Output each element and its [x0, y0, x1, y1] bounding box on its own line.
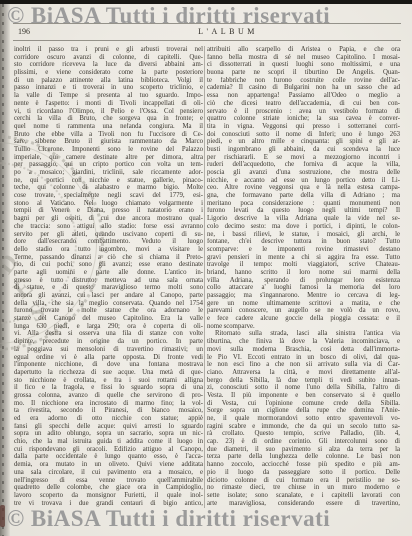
- text-line: pio il luogo da passeggiare sotto il por…: [207, 469, 400, 477]
- text-line: Tullio Cicerone. Imponenti sono le rovin…: [14, 146, 203, 154]
- text-line: fansi gli specchi delle acque: quivi arr…: [14, 423, 203, 431]
- text-line: servato è il proscenio : avea un vestibo…: [207, 108, 400, 116]
- text-line: te fabbriche non furono costruite colle …: [207, 77, 400, 85]
- text-line: fanno bella mostra di sé nel museo Capit…: [207, 54, 400, 62]
- text-line: ceo. Altre rovine veggonsi qua e là nell…: [207, 184, 400, 192]
- text-line: due diametri, il suo pavimento si alza d…: [207, 446, 400, 454]
- text-line: che traccia: sono attigui allo stadio: f…: [14, 223, 203, 231]
- text-line: ragini scabre e immonde, che da qui un s…: [207, 423, 400, 431]
- text-line: il fico e la fragola, e fissi lo sguardo…: [14, 384, 203, 392]
- text-line: inoltri il passo tra i pruni e gli arbus…: [14, 46, 203, 54]
- page-number: 196: [18, 27, 30, 36]
- text-line: sto nicchione è crollata, e fra i suoi r…: [14, 377, 203, 385]
- text-line: busti ingombrano gli abbaini, da cui sce…: [207, 146, 400, 154]
- text-line: dalla parte occidentale è lungo quanto e…: [14, 453, 203, 461]
- text-line: le Pio VI. Eccoti entrato in un bosco di…: [207, 354, 400, 362]
- text-line: sto corridore riceveva la luce da divers…: [14, 61, 203, 69]
- text-line: ne, il quale mormorandovi sotto entro sp…: [207, 415, 400, 423]
- text-line: Terme, passando dinanzi a ciò che si chi…: [14, 254, 203, 262]
- text-line: scomparve: e le imponenti rovine rimaste…: [207, 246, 400, 254]
- text-line: Bruto che ebbe villa a Tivoli non fu l'u…: [14, 131, 203, 139]
- text-line: lunga 630 piedi, e larga 290; ora è cope…: [14, 323, 203, 331]
- text-line: teche, qui colonne di alabastro e marmo …: [14, 184, 203, 192]
- text-line: stono al Vaticano. Nel luogo chiamato vo…: [14, 200, 203, 208]
- text-line: buona parte ne scoprì il tiburtino De An…: [207, 69, 400, 77]
- text-line: bagni per gli ospiti, di cui due ancora …: [14, 215, 203, 223]
- text-line: demia, ora mutato in un oliveto. Quivi v…: [14, 461, 203, 469]
- text-line: terza parte della lunghezza delle colonn…: [207, 453, 400, 461]
- journal-title: L'ALBUM: [198, 27, 258, 36]
- text-line: ne, qui portici con nicchie e statue, ga…: [14, 177, 203, 185]
- text-line: cademia? Il casino di Bulgarini non ha u…: [207, 84, 400, 92]
- text-line: tempii di Venere e Diana, presso il nata…: [14, 207, 203, 215]
- text-line: corridore oscuro avanzi di colonne, di c…: [14, 54, 203, 62]
- text-line: per rischiararli. E se movi a mezzogiorn…: [207, 154, 400, 162]
- text-line: quel nome ti rammenta una nefanda congiu…: [14, 123, 203, 131]
- text-line: colo decimo sesto: ma dove i portici, i …: [207, 223, 400, 231]
- text-line: passo innanzi e ti troverai in uno scope…: [14, 84, 203, 92]
- text-line: ci dissotterrati in questi luoghi sono m…: [207, 61, 400, 69]
- text-line: ta rivestita, secondo il Piranesi, di bi…: [14, 407, 203, 415]
- text-line: gere un nome ultimamente scrittovi a mat…: [207, 300, 400, 308]
- text-line: vi. Alla destra si osserva una fila di s…: [14, 330, 203, 338]
- text-column-left: inoltri il passo tra i pruni e gli arbus…: [14, 46, 203, 507]
- text-line: no rimaste dieci, tre chiuse in un muro …: [207, 484, 400, 492]
- text-line: rio, di cui pochi sono gli avanzi; esse …: [14, 261, 203, 269]
- text-line: gna, che formavano parte della villa di …: [207, 192, 400, 200]
- text-line: di statue, e di questo maraviglioso term…: [14, 284, 203, 292]
- text-line: imperiale, qui camere destinate altre pe…: [14, 154, 203, 162]
- text-line: vi, ti ricordano l'Olimpo, il Pelio e l'…: [14, 108, 203, 116]
- scanned-page: D E S © BiASA Tutti i diritti riservati …: [0, 0, 412, 536]
- text-line: bergo della Sibilla, là due templi ti ve…: [207, 377, 400, 385]
- text-line: di un palazzo attinente alla latina bibl…: [14, 77, 203, 85]
- text-line: dello stadio ora tutto ingombro, movi a …: [14, 246, 203, 254]
- text-line: poscia gli avanzi d'una sostruzione, che…: [207, 169, 400, 177]
- text-line: essa non appartenga! Passiamo all'Odeo o…: [207, 92, 400, 100]
- text-line: di Vesta, cui l'opinione comune crede de…: [207, 400, 400, 408]
- text-line: una sala circolare, il cui pavimento era…: [14, 469, 203, 477]
- text-line: Vesta. Il più imponente e ben conservato…: [207, 392, 400, 400]
- text-line: ancora gli avanzi, cui lasci per andare …: [14, 292, 203, 300]
- text-line: cose trovate, specialmente negli scavi d…: [14, 192, 203, 200]
- text-line: mo. Il nicchione era incrostato di marmo…: [14, 400, 203, 408]
- text-line: gresso è tutto distrutto; metteva ad una…: [14, 277, 203, 285]
- text-line: sopra un adito oblungo, sopra un sacrari…: [14, 430, 203, 438]
- text-line: po a mosaico; giardini, triclinii, sale …: [14, 169, 203, 177]
- text-line: doi conosciuti sotto il nome di Inferi; …: [207, 131, 400, 139]
- text-line: la valle di Tempe si presenta al tuo sgu…: [14, 92, 203, 100]
- text-line: nell'ingresso di essa venne trovato quel…: [14, 477, 203, 485]
- text-line: parevami conoscere, un augello se ne vol…: [207, 307, 400, 315]
- text-line: dapertutto la ricchezza di sue acque. Un…: [14, 369, 203, 377]
- text-line: Ritornato sulla strada, lasci alla sinis…: [207, 330, 400, 338]
- text-line: gravi pensieri in mente a chi si aggira …: [207, 254, 400, 262]
- watermark-bottom: © BiASA Tutti i diritti riservati: [7, 506, 330, 532]
- ink-smudge: [0, 505, 5, 527]
- text-line: dipinte, precedute in origine da un port…: [14, 338, 203, 346]
- text-line: parte agli uomini e parte alle donne. L'…: [14, 269, 203, 277]
- text-line: cerchi la villa di Bruto, che sorgeva qu…: [14, 115, 203, 123]
- text-line: sare, sibbene Bruto il giurista rammenta…: [14, 138, 203, 146]
- text-line: cui rispondevano gli oracoli. Edifizio a…: [14, 446, 203, 454]
- text-line: ruderi dell'acquedotto, che forniva di a…: [207, 161, 400, 169]
- text-line: nome scomparve.: [207, 323, 400, 331]
- text-line: tiburtina, che finiva là dove la Valeria…: [207, 338, 400, 346]
- text-line: della villa, che sia la meglio conservat…: [14, 300, 203, 308]
- text-line: passaggio; ma s'ingannarono. Mentre io c…: [207, 292, 400, 300]
- text-line: briand, hanno scritto il loro nome sui m…: [207, 269, 400, 277]
- text-line: plissimi, e viene considerato come la pa…: [14, 69, 203, 77]
- text-line: hanno zoccolo, acciocché fosse più spedi…: [207, 461, 400, 469]
- text-line: villa Adriana, sperando di prolungar lor…: [207, 277, 400, 285]
- column-divider: [204, 46, 205, 508]
- text-line: diciotto colonne di cui formato era il p…: [207, 477, 400, 485]
- text-line: fontane, ch'ei descrive tuttora in buon …: [207, 238, 400, 246]
- text-line: quadretto delle colombe, che giace ora i…: [14, 484, 203, 492]
- text-line: la poggiava sui mensoloni di travertino …: [14, 346, 203, 354]
- text-line: attribuiti allo scarpello di Aristea o P…: [207, 46, 400, 54]
- text-line: servito per gli atleti, quando uscivano …: [14, 231, 203, 239]
- text-line: furono levati da questo luogo negli ulti…: [207, 207, 400, 215]
- text-line: ne, i bassi rilievi, le statue, i mosaic…: [207, 231, 400, 239]
- text-line: movi sulla moderna Braschia, così detta …: [207, 346, 400, 354]
- text-line: grossa colonna, avanzo di quelle che ser…: [14, 392, 203, 400]
- text-line: ciano. Attraversa la città, e movi diret…: [207, 369, 400, 377]
- scan-left-edge: [0, 4, 10, 536]
- text-line: zi, conosciuti sotto il nome l'uno della…: [207, 384, 400, 392]
- text-line: piedi, e un altro mille e cinquanta: gli…: [207, 138, 400, 146]
- text-line: nente è l'aspetto: i monti di Tivoli inc…: [14, 100, 203, 108]
- text-line: ciò che dicesi teatro dell'accademia, di…: [207, 100, 400, 108]
- text-line: sette isolate; sono scanalate, e i capit…: [207, 492, 400, 500]
- text-line: travolge il tempo: molti viaggiatori, sc…: [207, 261, 400, 269]
- text-line: meritano poca considerazione : quanti mo…: [207, 200, 400, 208]
- text-line: egual ordine vi è alla parte opposta. Di…: [14, 354, 203, 362]
- text-line: le non esci fino a che non sii arrivato …: [207, 361, 400, 369]
- text-line: Ligorio descrive la villa Adriana quale …: [207, 215, 400, 223]
- text-line: e fece cadere alcune goccie della pioggi…: [207, 315, 400, 323]
- text-line: lavoro scoperto da monsignor Furietti, i…: [14, 492, 203, 500]
- text-line: quattro colonne striate ioniche; la sua …: [207, 115, 400, 123]
- watermark-top: © BiASA Tutti i diritti riservati: [7, 3, 330, 29]
- text-column-right: attribuiti allo scarpello di Aristea o P…: [207, 46, 400, 507]
- text-line: dore dall'esecrando combattimento. Vedut…: [14, 238, 203, 246]
- text-line: chio, che la mal istruita guida ti addit…: [14, 438, 203, 446]
- text-line: l'imponente nicchione, di dove una fonta…: [14, 361, 203, 369]
- text-line: collo attaccare a' luoghi famosi la memo…: [207, 284, 400, 292]
- text-line: cap. 23) è di ordine corintio. Gli inter…: [207, 438, 400, 446]
- text-line: stanze del Canopo del museo Capitolino. …: [14, 315, 203, 323]
- text-line: tita in vigna. Veggonsi qui presso i sot…: [207, 123, 400, 131]
- text-line: rà crollato. Questo tempio, scrive Palla…: [207, 430, 400, 438]
- text-line: furono trovate le molte statue che ora a…: [14, 307, 203, 315]
- text-line: per passaggio, qui un cripto portico con…: [14, 161, 203, 169]
- header-rule-top: [13, 23, 401, 24]
- text-line: ed era adorno di otto nicchie con statue…: [14, 415, 203, 423]
- header-rule-bottom: [13, 40, 401, 41]
- text-line: Sorge sopra un ciglione della rupe che d…: [207, 407, 400, 415]
- text-line: nicchie, e accanto ad esse un lungo port…: [207, 177, 400, 185]
